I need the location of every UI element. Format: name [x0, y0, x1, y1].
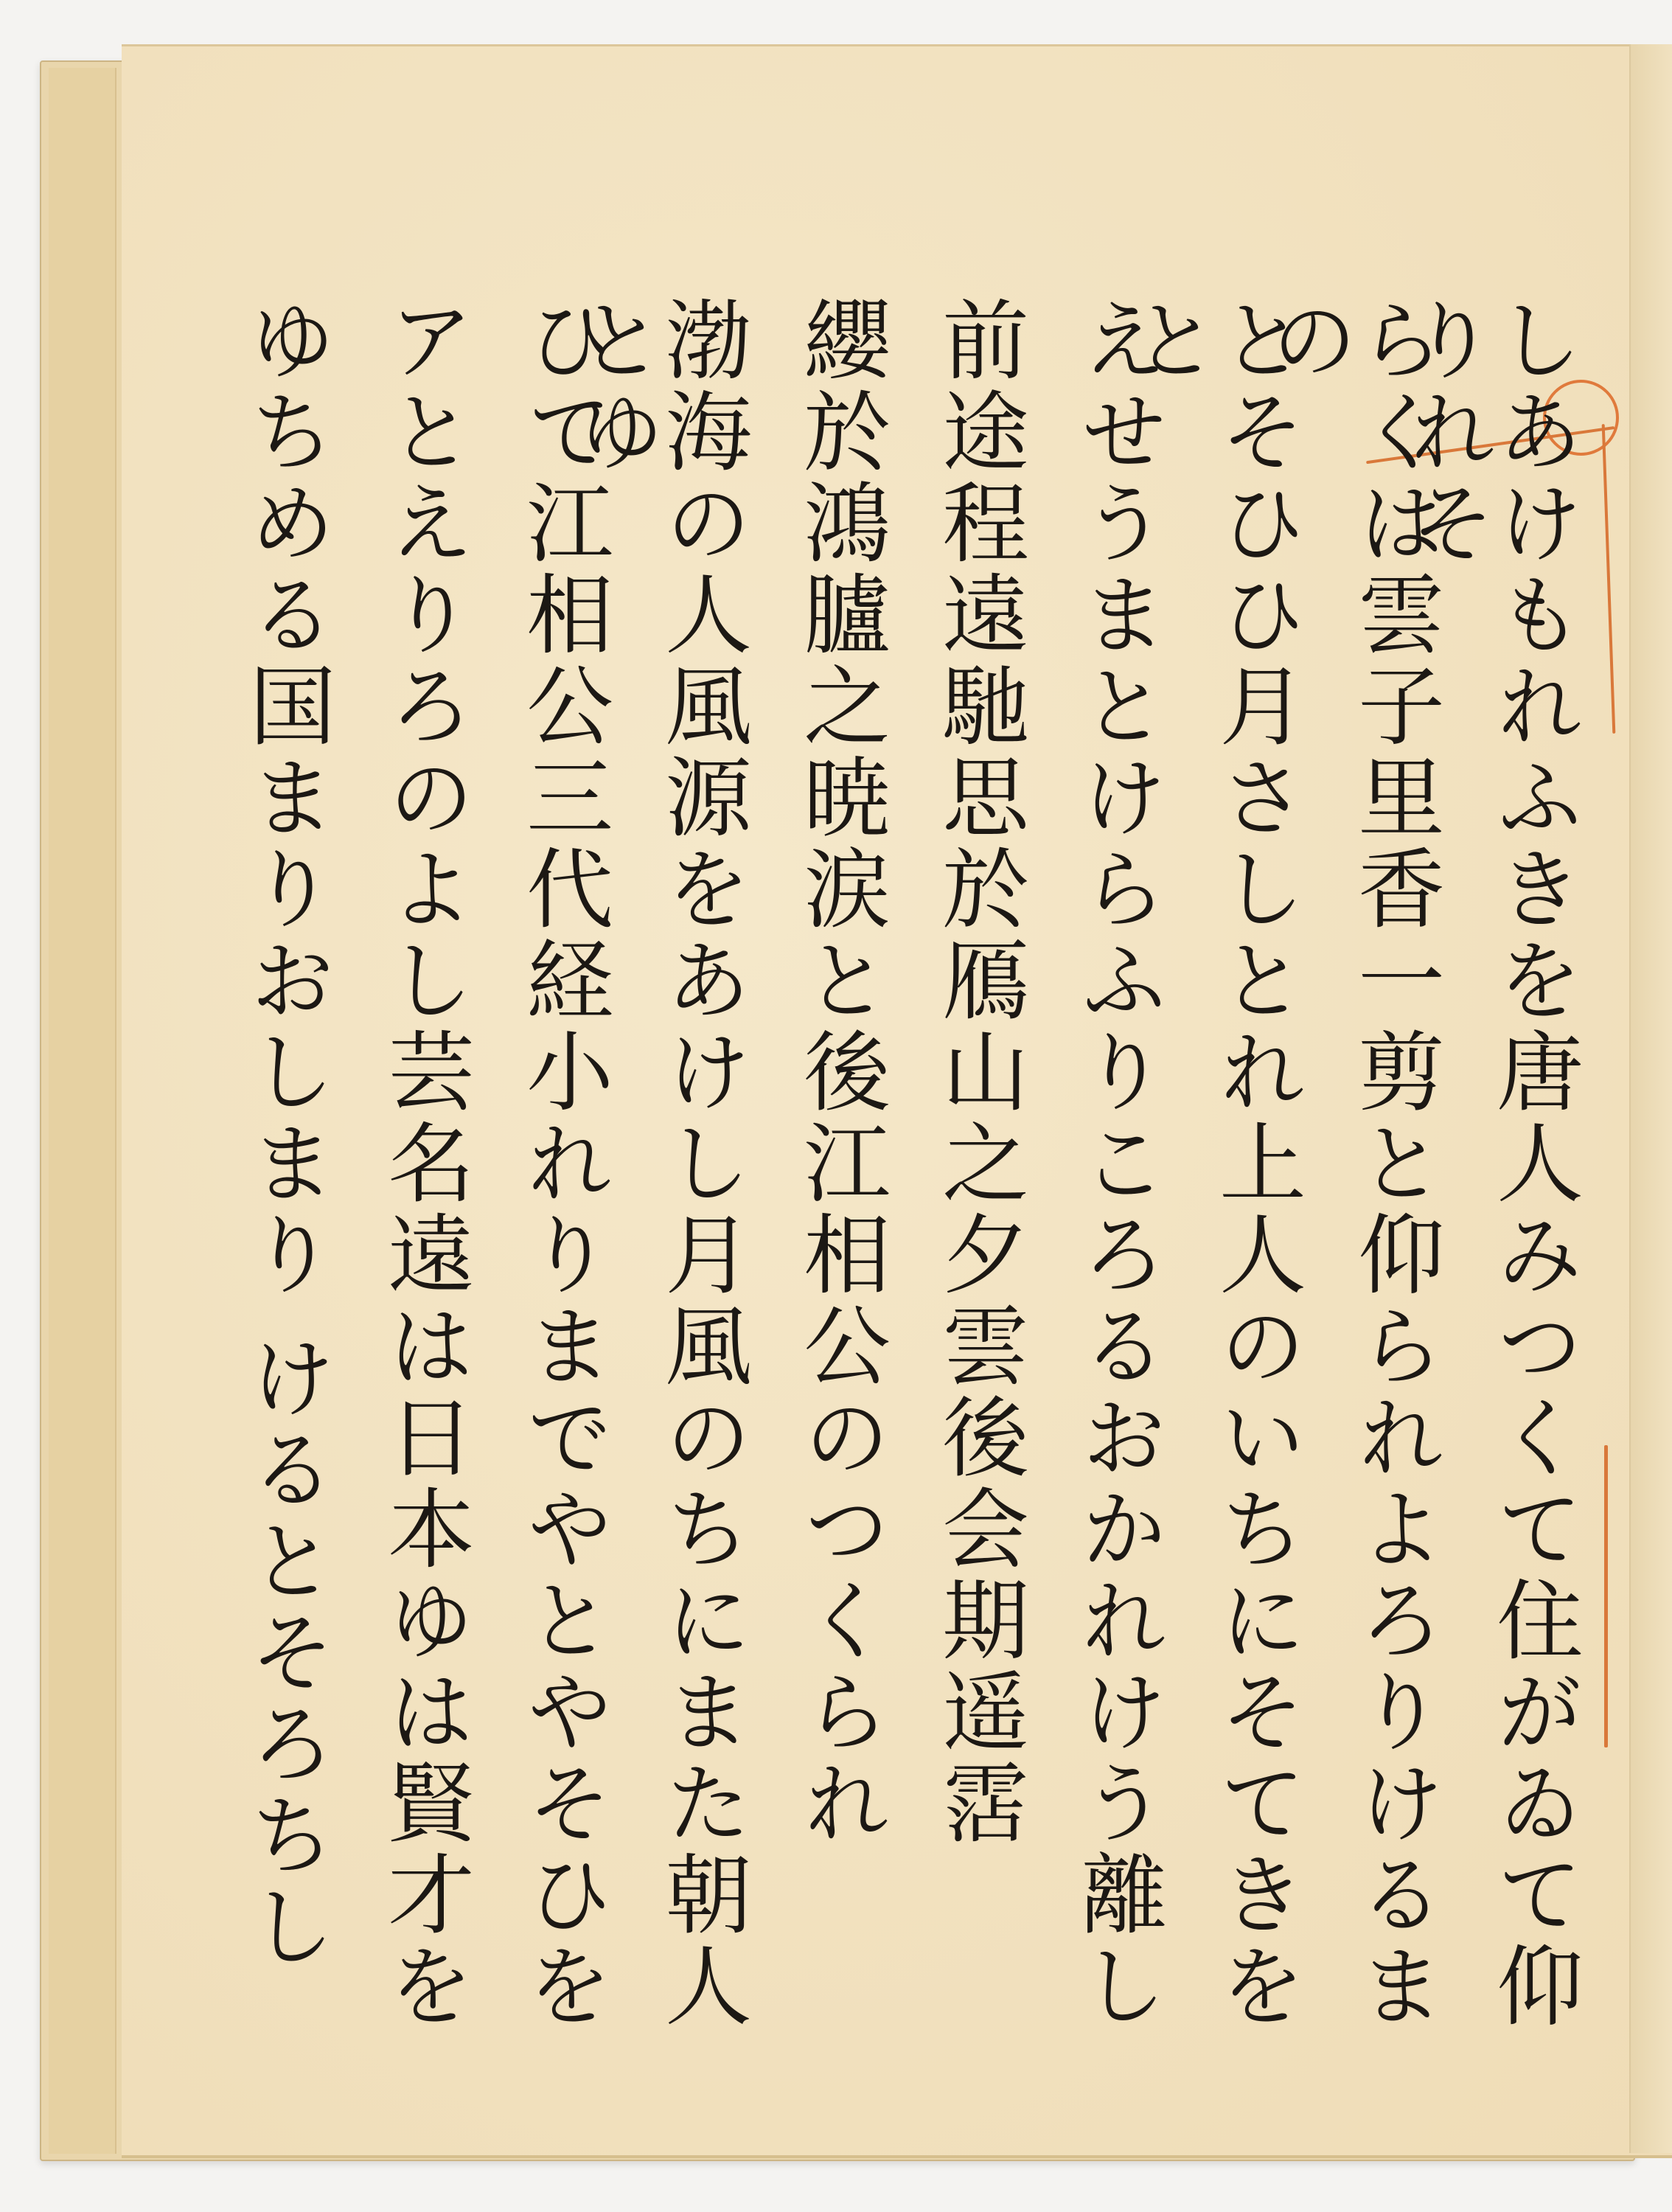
- binding-thread-stitch: [1604, 1445, 1608, 1747]
- text-columns: しあけもれふきを唐人みつくて住がゐて仰りれそ らくは雲子里香一剪と仰られよろりけ…: [226, 295, 1576, 2065]
- spine-fold: [1629, 44, 1672, 2153]
- text-column-10: ゆちめる国まりおしまり けるとそろちし: [226, 295, 329, 2065]
- text-column-1: しあけもれふきを唐人みつくて住がゐて仰りれそ: [1473, 295, 1576, 2065]
- text-column-9: アとえりろのよし芸名遠は日本ゆは賢才を: [364, 295, 467, 2065]
- text-column-7: 渤海の人風源をあけし月風のちにまた朝人とゆ: [641, 295, 745, 2065]
- text-column-4: えせうまとけらふりころるおかれけう離し: [1057, 295, 1160, 2065]
- text-column-3: とそひひ月さしとれ上人のいちにそてきをと: [1196, 295, 1299, 2065]
- text-column-6: 纓於鴻臚之暁涙と後江相公のつくられ: [780, 295, 883, 2065]
- text-column-8: ひて江相公三代経小れりまでやとやそひを: [503, 295, 606, 2065]
- text-column-5: 前途程遠馳思於鴈山之夕雲後会期遥霑: [919, 295, 1022, 2065]
